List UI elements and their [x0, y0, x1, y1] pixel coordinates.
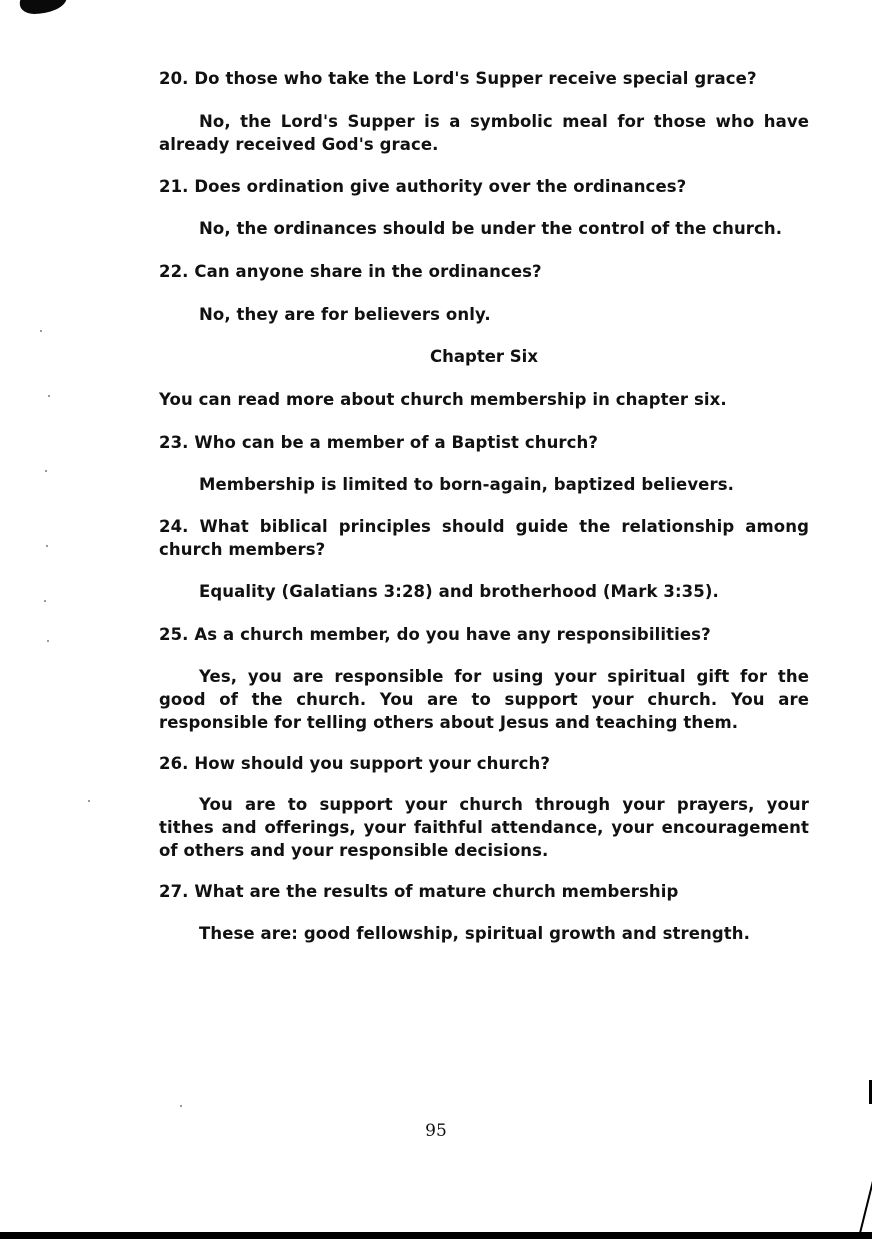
question-number: 22.: [159, 262, 189, 281]
question-number: 20.: [159, 69, 189, 88]
question-25: 25. As a church member, do you have any …: [159, 623, 809, 646]
question-20: 20. Do those who take the Lord's Supper …: [159, 67, 809, 90]
question-text: Do those who take the Lord's Supper rece…: [194, 69, 756, 88]
question-21: 21. Does ordination give authority over …: [159, 175, 809, 198]
question-number: 25.: [159, 625, 189, 644]
scan-speck: [44, 600, 46, 602]
scan-speck: [180, 1105, 182, 1107]
answer-20: No, the Lord's Supper is a symbolic meal…: [159, 110, 809, 156]
question-26: 26. How should you support your church?: [159, 752, 809, 775]
question-text: Who can be a member of a Baptist church?: [194, 433, 598, 452]
page-number: 95: [0, 1121, 872, 1141]
question-text: What biblical principles should guide th…: [159, 517, 809, 559]
scan-speck: [47, 640, 49, 642]
scan-speck: [48, 395, 50, 397]
question-text: How should you support your church?: [194, 754, 550, 773]
scan-speck: [88, 800, 90, 802]
question-text: Does ordination give authority over the …: [194, 177, 686, 196]
scan-speck: [46, 545, 48, 547]
question-number: 27.: [159, 882, 189, 901]
margin-slash: [858, 1177, 872, 1238]
answer-23: Membership is limited to born-again, bap…: [159, 473, 849, 496]
question-27: 27. What are the results of mature churc…: [159, 880, 809, 903]
question-number: 21.: [159, 177, 189, 196]
answer-27: These are: good fellowship, spiritual gr…: [159, 922, 849, 945]
question-number: 24.: [159, 517, 189, 536]
question-text: What are the results of mature church me…: [194, 882, 678, 901]
answer-22: No, they are for believers only.: [159, 303, 849, 326]
question-24: 24. What biblical principles should guid…: [159, 515, 809, 561]
answer-26: You are to support your church through y…: [159, 793, 809, 862]
bottom-edge-rule: [0, 1232, 872, 1239]
ink-blot: [16, 0, 67, 14]
question-text: Can anyone share in the ordinances?: [194, 262, 541, 281]
scanned-page: 20. Do those who take the Lord's Supper …: [0, 0, 872, 1239]
question-number: 26.: [159, 754, 189, 773]
answer-25: Yes, you are responsible for using your …: [159, 665, 809, 734]
chapter-intro: You can read more about church membershi…: [159, 388, 809, 411]
question-number: 23.: [159, 433, 189, 452]
question-text: As a church member, do you have any resp…: [194, 625, 710, 644]
answer-24: Equality (Galatians 3:28) and brotherhoo…: [159, 580, 849, 603]
question-23: 23. Who can be a member of a Baptist chu…: [159, 431, 809, 454]
chapter-heading: Chapter Six: [159, 345, 809, 368]
answer-21: No, the ordinances should be under the c…: [159, 217, 849, 240]
scan-speck: [40, 330, 42, 332]
scan-speck: [45, 470, 47, 472]
question-22: 22. Can anyone share in the ordinances?: [159, 260, 809, 283]
